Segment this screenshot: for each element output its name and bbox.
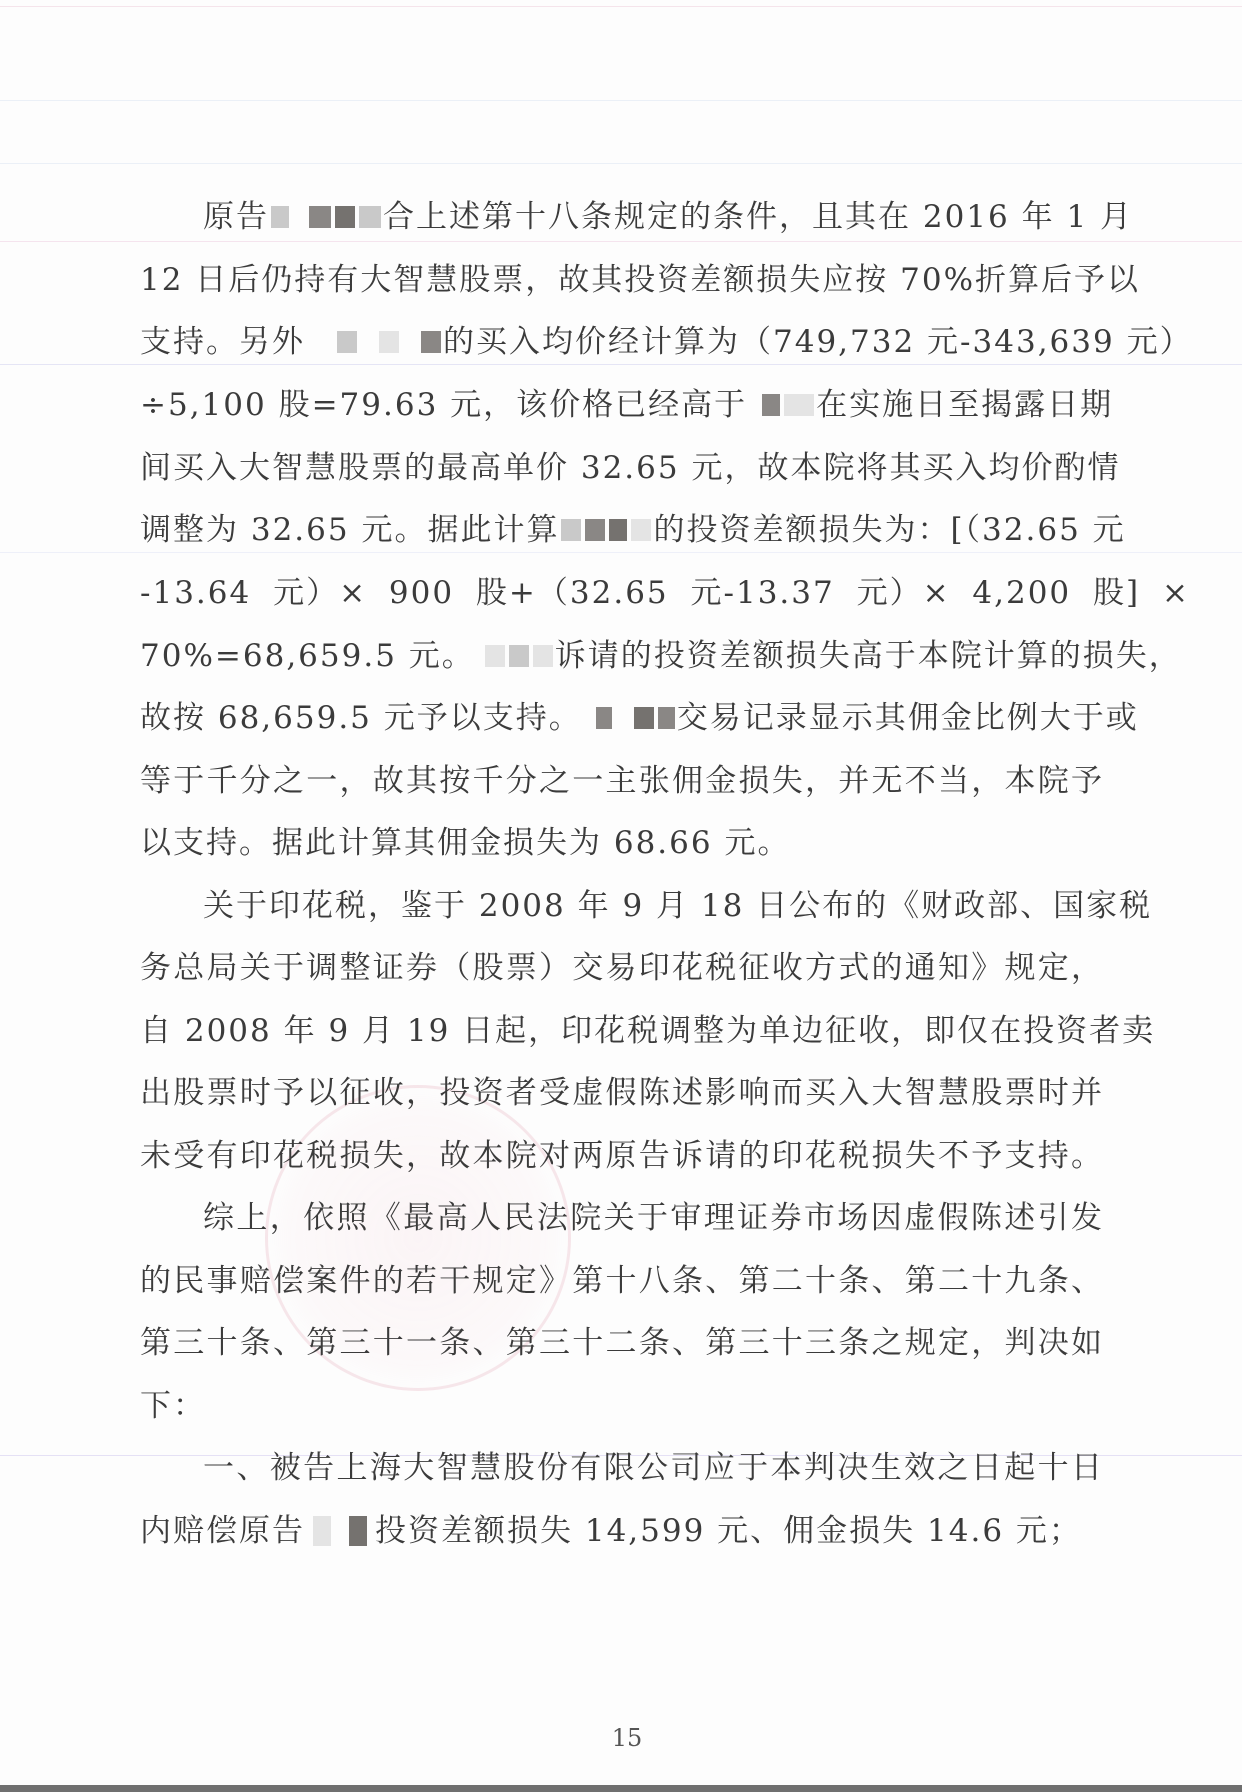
text-line: 内赔偿原告 投资差额损失 14,599 元、佣金损失 14.6 元；	[140, 1511, 1104, 1551]
text-segment: 投资差额损失 14,599 元、佣金损失 14.6 元；	[375, 1511, 1082, 1551]
text-segment: 的投资差额损失为：[（32.65 元	[653, 510, 1125, 550]
scan-artifact-line	[0, 364, 1242, 365]
text-line: -13.64 元）× 900 股+（32.65 元-13.37 元）× 4,20…	[140, 573, 1104, 613]
scan-artifact-line	[0, 100, 1242, 101]
text-line: 综上，依照《最高人民法院关于审理证券市场因虚假陈述引发	[203, 1198, 1104, 1238]
text-segment: -13.64 元）× 900 股+（32.65 元-13.37 元）× 4,20…	[140, 573, 1190, 613]
text-line: 下：	[140, 1386, 1104, 1426]
text-segment: 合上述第十八条规定的条件，且其在 2016 年 1 月	[383, 197, 1133, 237]
scan-artifact-line	[0, 552, 1242, 553]
text-line: 一、被告上海大智慧股份有限公司应于本判决生效之日起十日	[203, 1448, 1104, 1488]
text-segment: 未受有印花税损失，故本院对两原告诉请的印花税损失不予支持。	[140, 1136, 1104, 1176]
page-number: 15	[600, 1724, 654, 1752]
text-line: 原告 合上述第十八条规定的条件，且其在 2016 年 1 月	[203, 197, 1104, 237]
text-line: 70%=68,659.5 元。 诉请的投资差额损失高于本院计算的损失，	[140, 636, 1104, 676]
text-segment: 12 日后仍持有大智慧股票，故其投资差额损失应按 70%折算后予以	[140, 260, 1140, 300]
text-segment: 自 2008 年 9 月 19 日起，印花税调整为单边征收，即仅在投资者卖	[140, 1011, 1155, 1051]
text-line: 务总局关于调整证券（股票）交易印花税征收方式的通知》规定，	[140, 948, 1104, 988]
text-segment: 间买入大智慧股票的最高单价 32.65 元，故本院将其买入均价酌情	[140, 448, 1120, 488]
text-line: ÷5,100 股=79.63 元，该价格已经高于 在实施日至揭露日期	[140, 385, 1104, 425]
text-segment: 调整为 32.65 元。据此计算	[140, 510, 559, 550]
text-line: 12 日后仍持有大智慧股票，故其投资差额损失应按 70%折算后予以	[140, 260, 1104, 300]
text-segment: 出股票时予以征收，投资者受虚假陈述影响而买入大智慧股票时并	[140, 1073, 1104, 1113]
text-segment: 务总局关于调整证券（股票）交易印花税征收方式的通知》规定，	[140, 948, 1104, 988]
text-segment: 支持。另外	[140, 322, 305, 362]
redacted-name	[269, 206, 383, 228]
text-segment: 原告	[203, 197, 269, 237]
text-segment: 故按 68,659.5 元予以支持。	[140, 698, 582, 738]
text-line: 未受有印花税损失，故本院对两原告诉请的印花税损失不予支持。	[140, 1136, 1104, 1176]
text-line: 第三十条、第三十一条、第三十二条、第三十三条之规定，判决如	[140, 1323, 1104, 1363]
text-line: 关于印花税，鉴于 2008 年 9 月 18 日公布的《财政部、国家税	[203, 886, 1104, 926]
text-segment: 第三十条、第三十一条、第三十二条、第三十三条之规定，判决如	[140, 1323, 1104, 1363]
text-segment: 70%=68,659.5 元。	[140, 636, 475, 676]
text-line: 支持。另外 的买入均价经计算为（749,732 元-343,639 元）	[140, 322, 1104, 362]
text-line: 调整为 32.65 元。据此计算 的投资差额损失为：[（32.65 元	[140, 510, 1104, 550]
text-segment: 在实施日至揭露日期	[816, 385, 1113, 425]
text-line: 的民事赔偿案件的若干规定》第十八条、第二十条、第二十九条、	[140, 1261, 1104, 1301]
text-line: 等于千分之一，故其按千分之一主张佣金损失，并无不当，本院予	[140, 761, 1104, 801]
text-line: 以支持。据此计算其佣金损失为 68.66 元。	[140, 823, 1104, 863]
text-segment: 综上，依照《最高人民法院关于审理证券市场因虚假陈述引发	[203, 1198, 1104, 1238]
scan-artifact-line	[0, 241, 1242, 242]
text-line: 自 2008 年 9 月 19 日起，印花税调整为单边征收，即仅在投资者卖	[140, 1011, 1104, 1051]
text-line: 故按 68,659.5 元予以支持。 交易记录显示其佣金比例大于或	[140, 698, 1104, 738]
text-line: 间买入大智慧股票的最高单价 32.65 元，故本院将其买入均价酌情	[140, 448, 1104, 488]
text-segment: 的民事赔偿案件的若干规定》第十八条、第二十条、第二十九条、	[140, 1261, 1104, 1301]
document-page: 原告 合上述第十八条规定的条件，且其在 2016 年 1 月 12 日后仍持有大…	[0, 0, 1242, 1792]
text-segment: 交易记录显示其佣金比例大于或	[677, 698, 1139, 738]
text-segment: 等于千分之一，故其按千分之一主张佣金损失，并无不当，本院予	[140, 761, 1104, 801]
text-segment: ÷5,100 股=79.63 元，该价格已经高于	[140, 385, 747, 425]
text-segment: 内赔偿原告	[140, 1511, 305, 1551]
text-segment: 下：	[140, 1386, 206, 1426]
scan-bottom-edge	[0, 1785, 1242, 1792]
text-segment: 以支持。据此计算其佣金损失为 68.66 元。	[140, 823, 790, 863]
scan-artifact-line	[0, 6, 1242, 7]
redacted-name	[559, 519, 653, 541]
text-line: 出股票时予以征收，投资者受虚假陈述影响而买入大智慧股票时并	[140, 1073, 1104, 1113]
text-segment: 诉请的投资差额损失高于本院计算的损失，	[555, 636, 1182, 676]
scan-artifact-line	[0, 163, 1242, 164]
redacted-name	[475, 645, 555, 667]
text-segment: 一、被告上海大智慧股份有限公司应于本判决生效之日起十日	[203, 1448, 1104, 1488]
redacted-name	[335, 331, 443, 353]
redacted-name	[582, 707, 677, 729]
text-segment: 关于印花税，鉴于 2008 年 9 月 18 日公布的《财政部、国家税	[203, 886, 1152, 926]
redacted-name	[747, 394, 816, 416]
redacted-name	[305, 1516, 375, 1546]
text-segment: 的买入均价经计算为（749,732 元-343,639 元）	[443, 322, 1193, 362]
